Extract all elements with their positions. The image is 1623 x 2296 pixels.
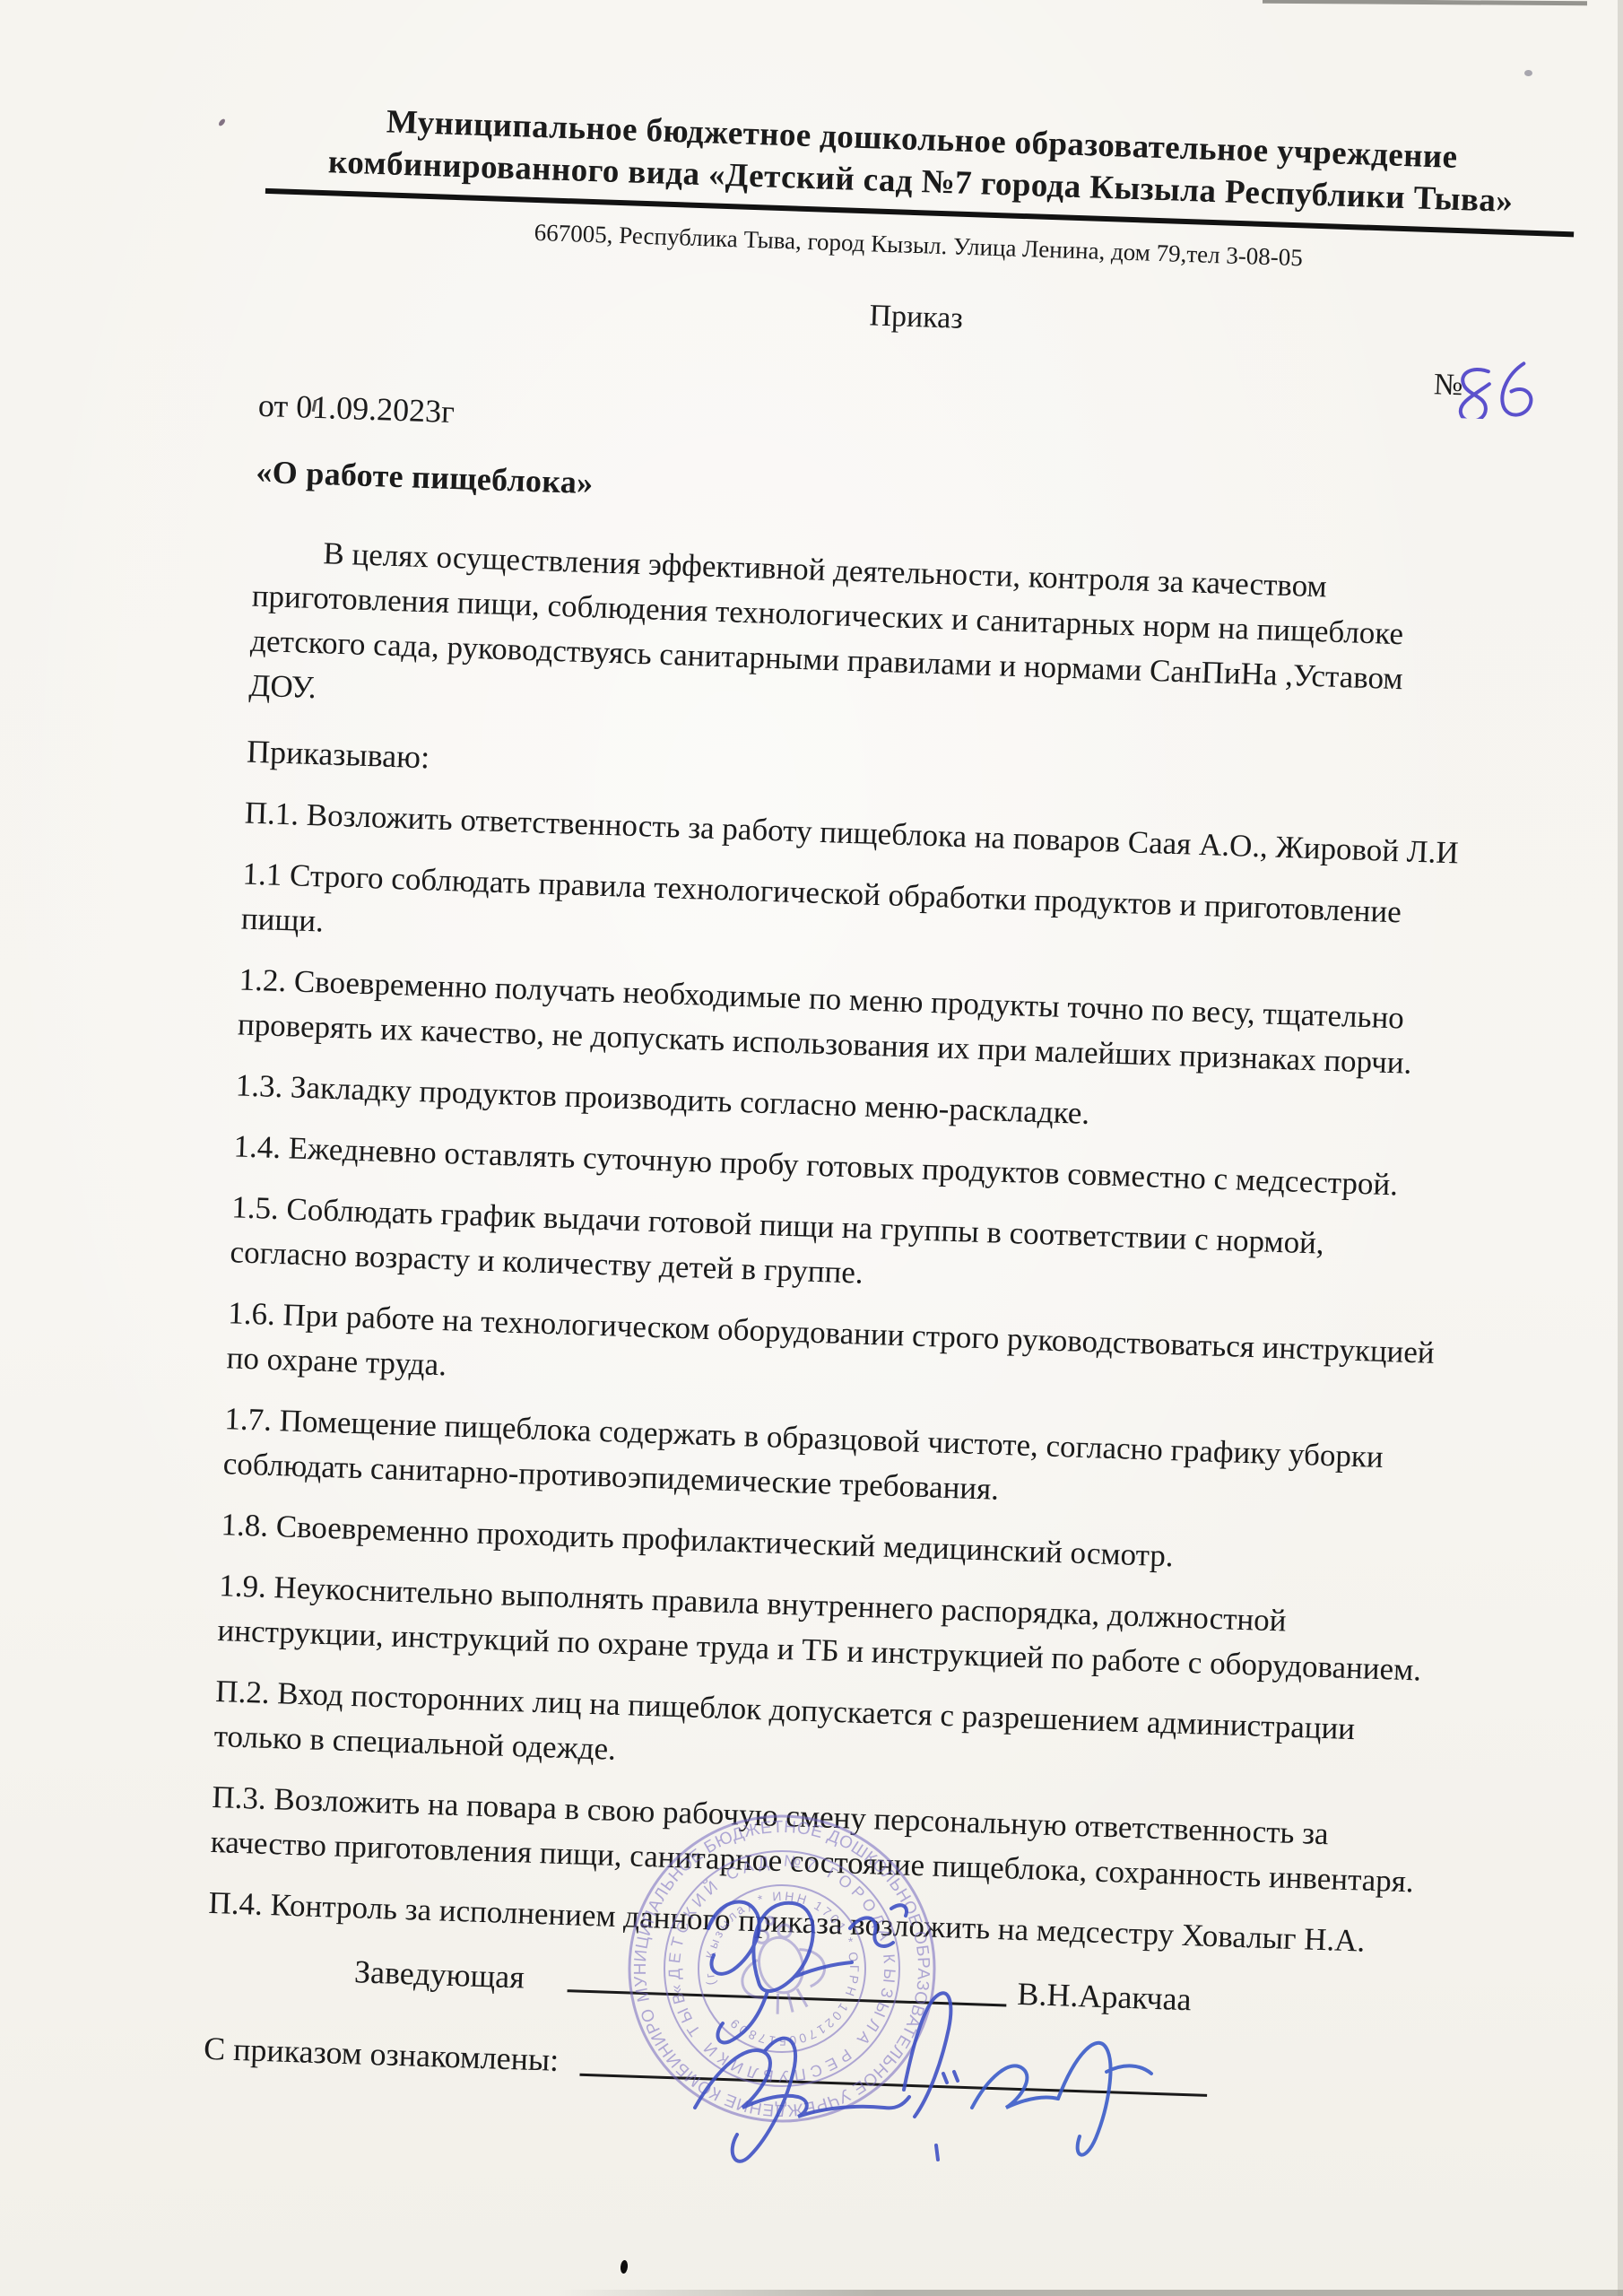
acknowledgement-label: С приказом ознакомлены: bbox=[204, 2030, 560, 2079]
scan-edge-mark-top bbox=[1263, 0, 1587, 5]
scan-dot-bottom bbox=[620, 2260, 629, 2274]
signer-name: В.Н.Аракчаа bbox=[1017, 1975, 1192, 2018]
preamble-paragraph: В целях осуществления эффективной деятел… bbox=[248, 529, 1563, 752]
scan-speck-top-left bbox=[218, 117, 227, 126]
acknowledgement-line bbox=[580, 2038, 1209, 2097]
scan-speck-top-right bbox=[1524, 70, 1532, 76]
signer-role: Заведующая bbox=[353, 1952, 525, 1996]
scan-shadow-right bbox=[1618, 0, 1623, 2296]
acknowledgement-row: С приказом ознакомлены: bbox=[204, 2025, 1514, 2110]
order-items: П.1. Возложить ответственность за работу… bbox=[208, 791, 1554, 1970]
scanned-order-document: Муниципальное бюджетное дошкольное образ… bbox=[0, 0, 1623, 2296]
document-body: Муниципальное бюджетное дошкольное образ… bbox=[204, 81, 1578, 2110]
order-number-handwritten bbox=[1449, 359, 1544, 421]
scan-shadow-bottom bbox=[556, 2290, 1623, 2296]
signature-line bbox=[567, 1953, 1007, 2006]
